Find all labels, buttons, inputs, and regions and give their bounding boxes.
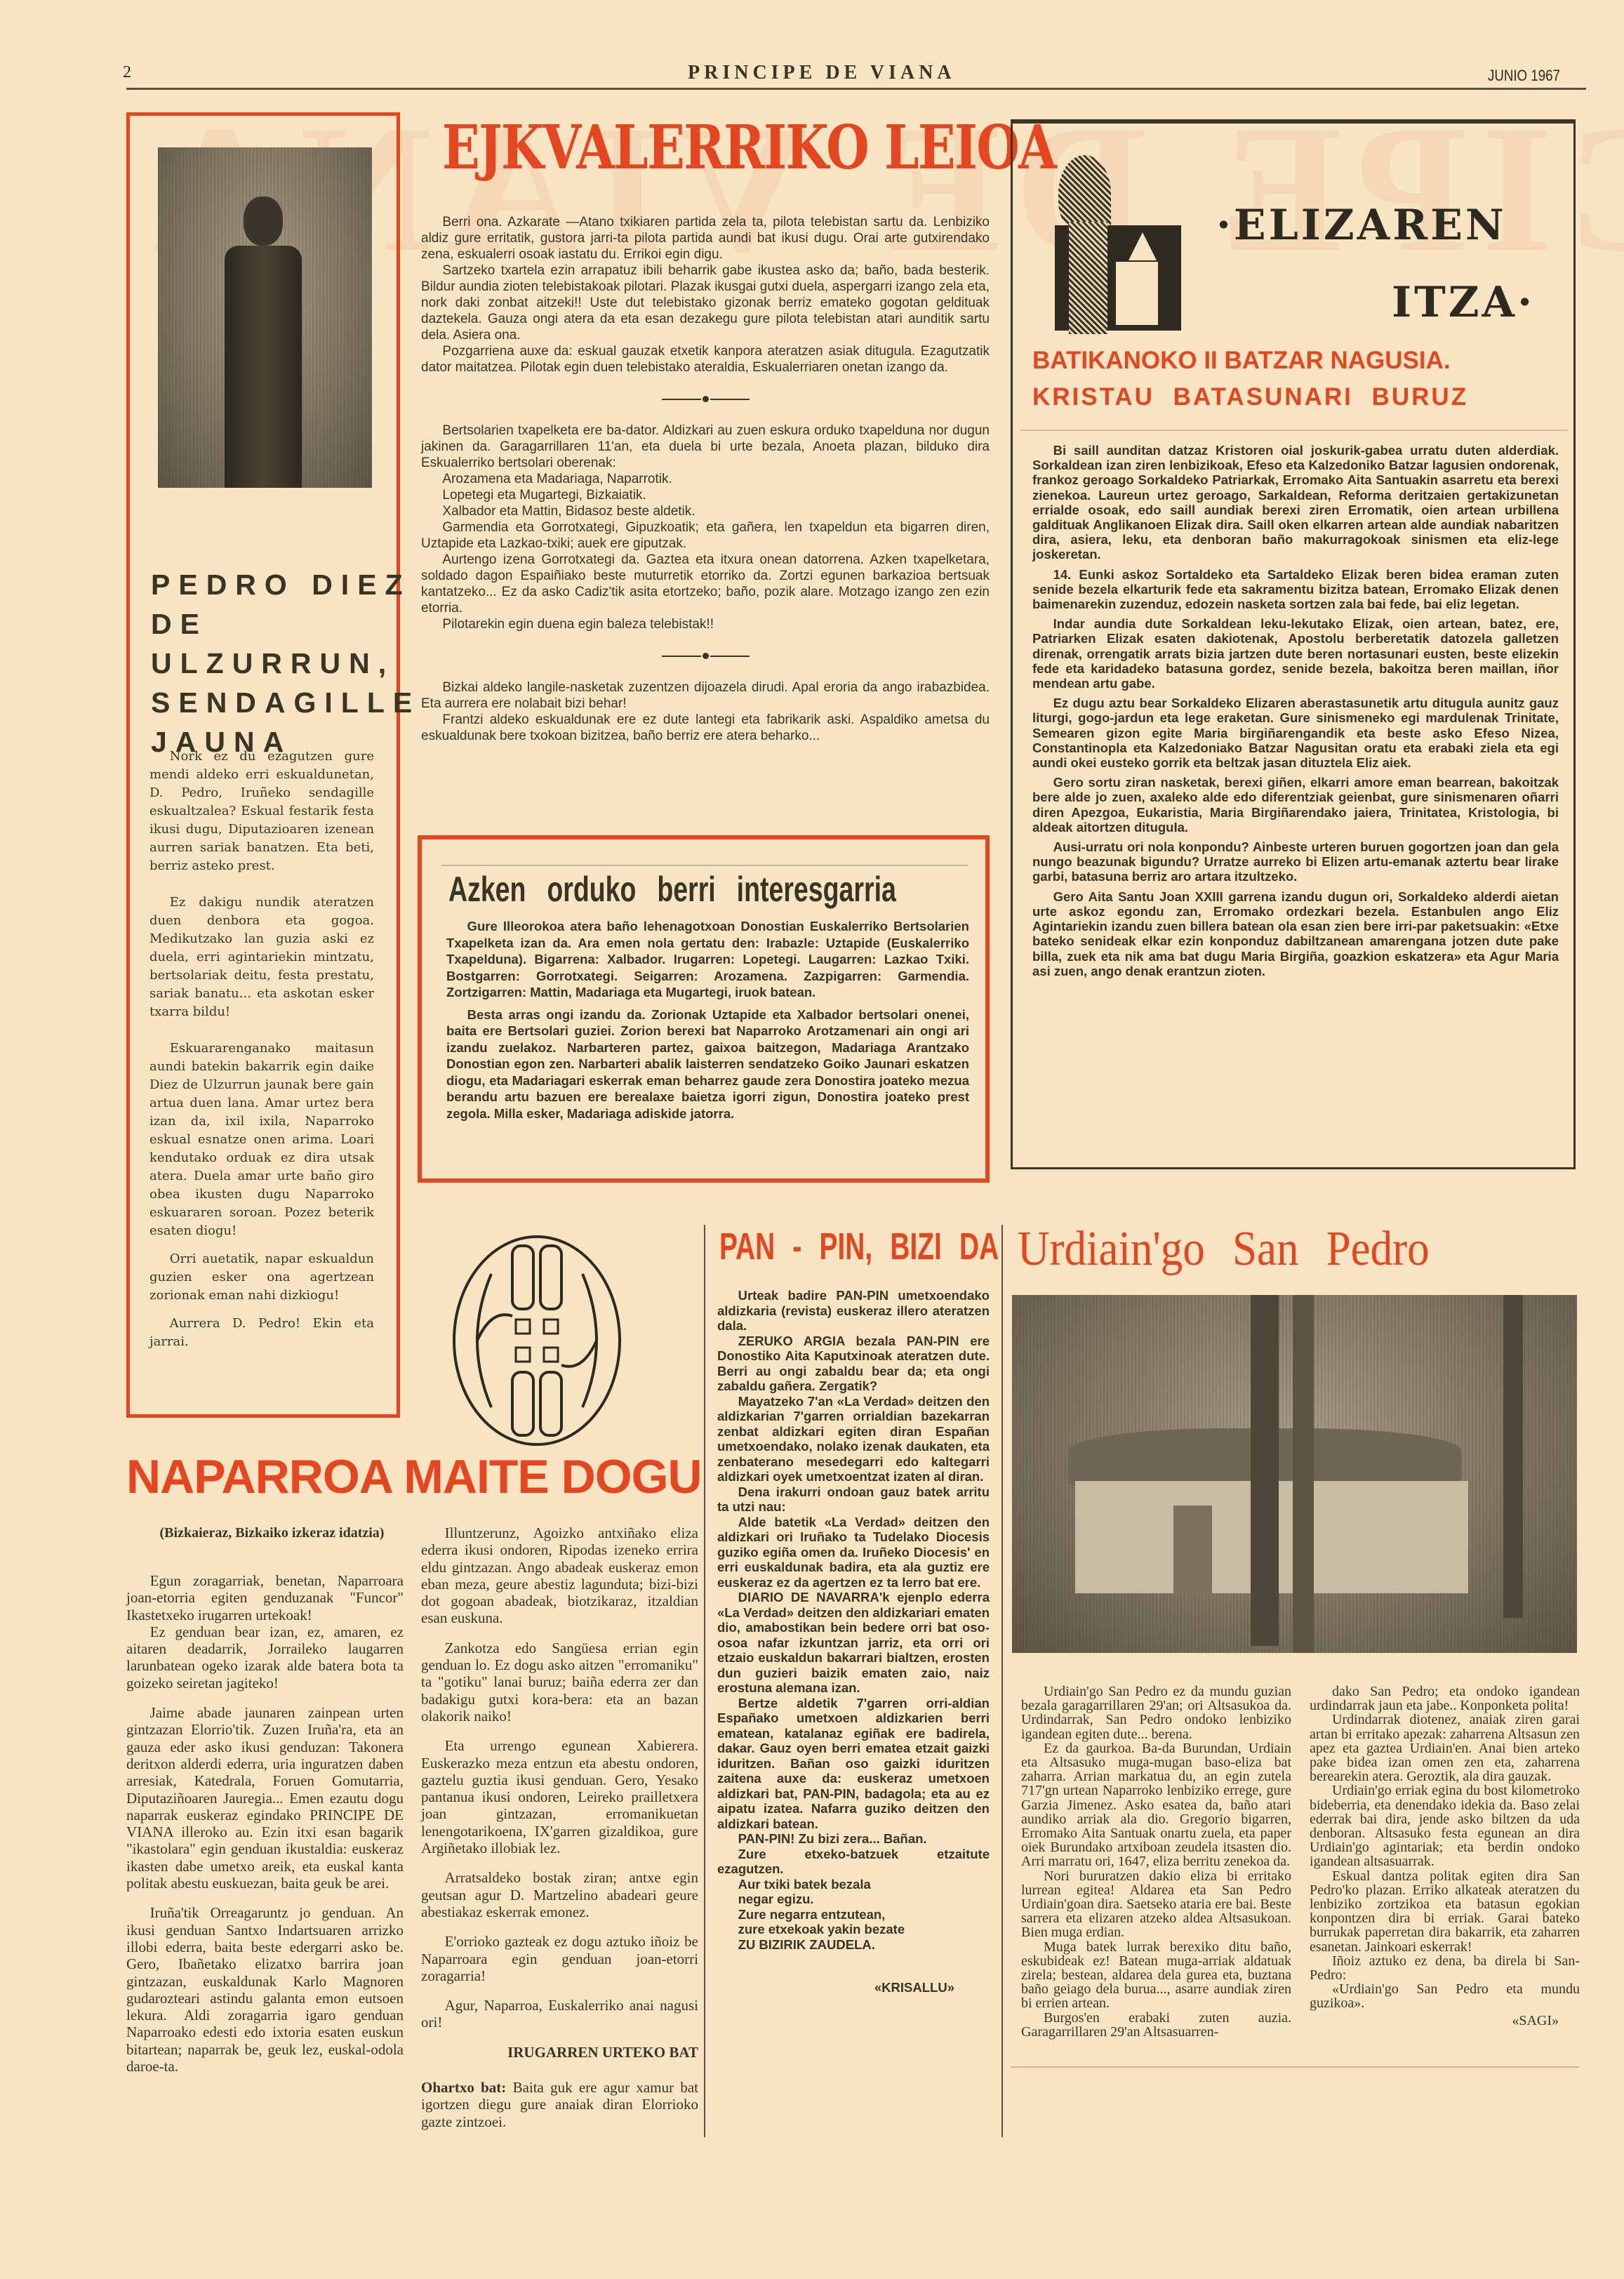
chapel-door bbox=[1173, 1506, 1212, 1593]
masthead: PRINCIPE DE VIANA bbox=[688, 62, 956, 84]
section-divider bbox=[421, 648, 990, 664]
urdiain-title: Urdiain'go San Pedro bbox=[1018, 1221, 1430, 1277]
elizaren-sub-rule bbox=[1020, 430, 1567, 431]
urdiain-col2: dako San Pedro; eta ondoko igandean urdi… bbox=[1310, 1685, 1580, 2028]
elizaren-box: ·ELIZAREN ITZA· BATIKANOKO II BATZAR NAG… bbox=[1011, 124, 1576, 1169]
urdiain-col1: Urdiain'go San Pedro ez da mundu guzian … bbox=[1021, 1685, 1291, 2039]
tree-trunk bbox=[1503, 1295, 1523, 1618]
elizaren-title-line1: ·ELIZAREN bbox=[1216, 201, 1507, 250]
elizaren-subtitle-2: KRISTAU BATASUNARI BURUZ bbox=[1032, 383, 1468, 411]
elizaren-body: Bi saill aunditan datzaz Kristoren oial … bbox=[1032, 443, 1559, 978]
leioa-title: EJKVALERRIKO LEIOA bbox=[442, 112, 1056, 183]
church-letter-illustration bbox=[1041, 155, 1181, 331]
urdiain-signature: «SAGI» bbox=[1310, 2014, 1580, 2028]
page-number: 2 bbox=[123, 63, 131, 82]
tree-trunk bbox=[1251, 1295, 1279, 1646]
chapel-photo bbox=[1012, 1295, 1577, 1653]
portrait-photo bbox=[158, 147, 372, 488]
elizaren-subtitle-1: BATIKANOKO II BATZAR NAGUSIA. bbox=[1032, 347, 1451, 375]
tree-trunk bbox=[1293, 1295, 1314, 1653]
panpin-body: Urteak badire PAN-PIN umetxoendako aldiz… bbox=[717, 1288, 990, 1995]
azken-box: Azken orduko berri interesgarria Gure Il… bbox=[418, 835, 990, 1183]
naparroa-subtitle: (Bizkaieraz, Bizkaiko izkeraz idatzia) bbox=[137, 1524, 407, 1541]
naparroa-signature: IRUGARREN URTEKO BAT bbox=[421, 2044, 698, 2061]
elizaren-title-line2: ITZA· bbox=[1392, 278, 1535, 327]
profile-box: PEDRO DIEZ DE ULZURRUN, SENDAGILLE JAUNA… bbox=[126, 112, 400, 1418]
naparroa-title: NAPARROA MAITE DOGU bbox=[126, 1449, 702, 1504]
naparroa-col1: Egun zoragarriak, benetan, Naparroara jo… bbox=[126, 1572, 404, 2075]
panpin-title: PAN - PIN, BIZI DA bbox=[719, 1225, 999, 1268]
naparroa-note: Ohartxo bat: Baita guk ere agur xamur ba… bbox=[421, 2079, 698, 2130]
leioa-body: Berri ona. Azkarate —Atano txikiaren par… bbox=[421, 214, 990, 744]
section-divider bbox=[421, 391, 990, 407]
azken-top-rule bbox=[441, 865, 968, 866]
panpin-signature: «KRISALLU» bbox=[717, 1980, 990, 1995]
panpin-left-rule bbox=[704, 1225, 705, 2137]
naparroa-col2: Illuntzerunz, Agoizko antxiñako eliza ed… bbox=[421, 1524, 698, 2130]
urdiain-bottom-rule bbox=[1011, 2066, 1579, 2068]
panpin-right-rule bbox=[1001, 1225, 1003, 2137]
azken-title: Azken orduko berri interesgarria bbox=[448, 869, 896, 910]
issue-date: JUNIO 1967 bbox=[1488, 67, 1560, 85]
azken-body: Gure Illeorokoa atera baño lehenagotxoan… bbox=[446, 918, 969, 1122]
profile-body: Nork ez du ezagutzen gure mendi aldeko e… bbox=[149, 748, 374, 1351]
header-rule bbox=[126, 88, 1586, 90]
panpin-verse: Aur txiki batek bezala negar egizu. Zure… bbox=[717, 1877, 990, 1953]
portrait-figure bbox=[225, 197, 302, 488]
emblem-icon bbox=[449, 1232, 625, 1449]
profile-title: PEDRO DIEZ DE ULZURRUN, SENDAGILLE JAUNA bbox=[151, 565, 420, 762]
